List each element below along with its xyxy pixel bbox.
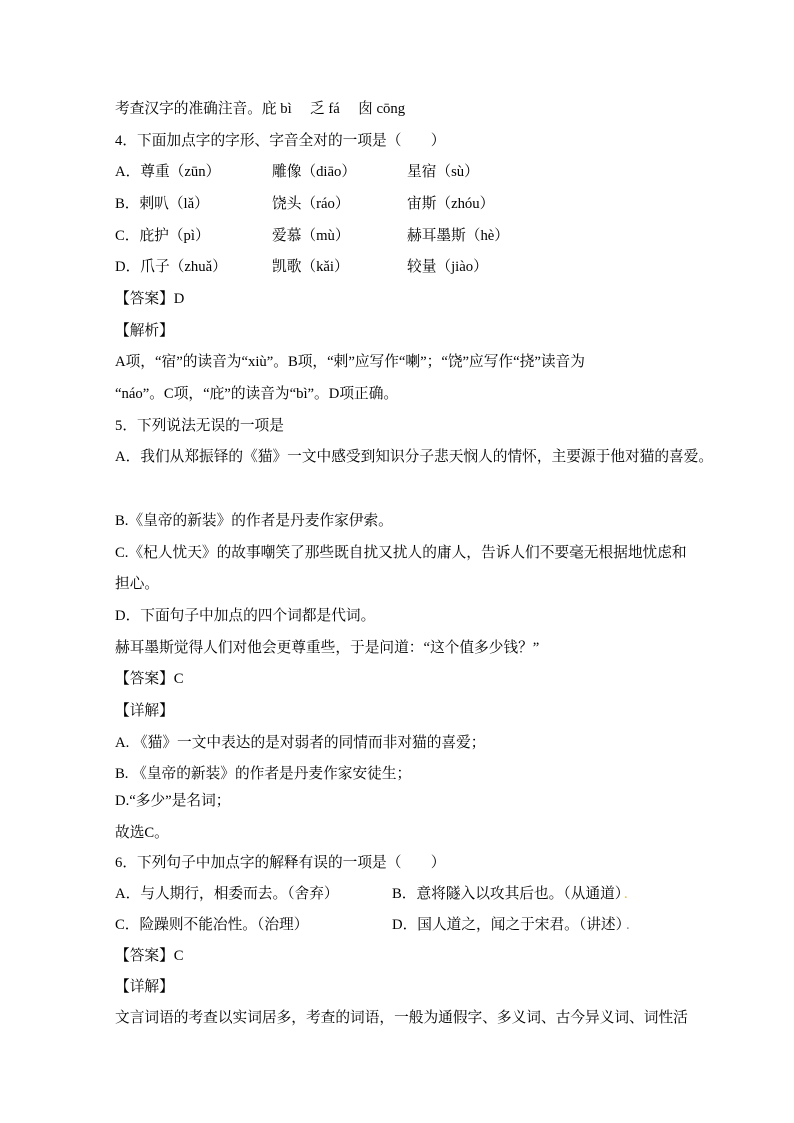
q4-option-d-text: 凯歌（kǎi） [272, 259, 349, 276]
q4-analysis-label-text: 【解析】 [115, 323, 174, 340]
q4-analysis-line2-text: “náo”。C项，“庇”的读音为“bì”。D项正确。 [115, 386, 398, 403]
q4-option-b: B．剌叭（lǎ）饶头（ráo）宙斯（zhóu） [0, 196, 794, 216]
q5-stem-text: 5．下列说法无误的一项是 [115, 418, 284, 435]
q4-option-a-text: 雕像（diāo） [272, 164, 356, 181]
q4-analysis-line1: A项，“宿”的读音为“xiù”。B项，“剌”应写作“喇”；“饶”应写作“挠”读音… [0, 354, 794, 374]
q5-option-b: B.《皇帝的新装》的作者是丹麦作家伊索。 [0, 513, 794, 533]
q4-option-d-text: 较量（jiào） [407, 259, 488, 276]
document-content: 考查汉字的准确注音。庇 bì 乏 fá 囱 cōng4．下面加点字的字形、字音全… [0, 0, 794, 1123]
q4-option-c-text: C．庇护（pì） [115, 228, 210, 245]
q4-answer-text: 【答案】D [115, 291, 184, 308]
q5-detail-a: A. 《猫》一文中表达的是对弱者的同情而非对猫的喜爱； [0, 735, 794, 755]
q5-option-c-line2: 担心。 [0, 576, 794, 596]
q6-answer-text: 【答案】C [115, 948, 184, 965]
q4-stem: 4．下面加点字的字形、字音全对的一项是（ ） [0, 133, 794, 153]
q4-answer: 【答案】D [0, 291, 794, 311]
q5-option-a-text: A．我们从郑振铎的《猫》一文中感受到知识分子悲天悯人的情怀，主要源于他对猫的喜爱… [115, 449, 713, 466]
q6-detail-line1: 文言词语的考查以实词居多，考查的词语，一般为通假字、多义词、古今异义词、词性活 [0, 1010, 794, 1030]
q6-options-ab-text: B．意将隧入以攻其后也。（从通道） [392, 886, 629, 903]
q6-options-cd-text: C．险躁则不能冶性。（治理） [115, 917, 308, 934]
q5-option-c-line2-text: 担心。 [115, 576, 159, 593]
q4-analysis-label: 【解析】 [0, 323, 794, 343]
q5-detail-d-text: D.“多少”是名词； [115, 793, 230, 810]
q5-detail-d: D.“多少”是名词； [0, 793, 794, 813]
q5-option-a: A．我们从郑振铎的《猫》一文中感受到知识分子悲天悯人的情怀，主要源于他对猫的喜爱… [0, 449, 794, 469]
q4-option-c: C．庇护（pì）爱慕（mù）赫耳墨斯（hè） [0, 228, 794, 248]
q6-answer: 【答案】C [0, 948, 794, 968]
q5-option-d-example-text: 赫耳墨斯觉得人们对他会更尊重些，于是问道：“这个值多少钱？” [115, 640, 539, 657]
q5-option-b-text: B.《皇帝的新装》的作者是丹麦作家伊索。 [115, 513, 393, 530]
q4-option-d: D．爪子（zhuǎ）凯歌（kǎi）较量（jiào） [0, 259, 794, 279]
q4-option-c-text: 爱慕（mù） [272, 228, 350, 245]
intro-pinyin-note: 考查汉字的准确注音。庇 bì 乏 fá 囱 cōng [0, 101, 794, 121]
q4-analysis-line1-text: A项，“宿”的读音为“xiù”。B项，“剌”应写作“喇”；“饶”应写作“挠”读音… [115, 354, 585, 371]
q5-conclusion: 故选C。 [0, 825, 794, 845]
q6-options-cd: C．险躁则不能冶性。（治理）D．国人道之，闻之于宋君。（讲述）. [0, 917, 794, 937]
q6-options-cd-text: D．国人道之，闻之于宋君。（讲述） [392, 917, 630, 934]
document-page: 考查汉字的准确注音。庇 bì 乏 fá 囱 cōng4．下面加点字的字形、字音全… [0, 0, 794, 1123]
q6-options-cd-text: . [626, 917, 630, 934]
q4-option-c-text: 赫耳墨斯（hè） [407, 228, 509, 245]
q4-option-d-text: D．爪子（zhuǎ） [115, 259, 227, 276]
q6-stem-text: 6．下列句子中加点字的解释有误的一项是（ ） [115, 855, 445, 872]
q4-option-a-text: 星宿（sù） [407, 164, 479, 181]
q6-detail-line1-text: 文言词语的考查以实词居多，考查的词语，一般为通假字、多义词、古今异义词、词性活 [115, 1010, 688, 1027]
q5-detail-a-text: A. 《猫》一文中表达的是对弱者的同情而非对猫的喜爱； [115, 735, 485, 752]
intro-pinyin-note-text: 考查汉字的准确注音。庇 bì 乏 fá 囱 cōng [115, 101, 405, 118]
q6-options-ab-text: A．与人期行，相委而去。（舍弃） [115, 886, 339, 903]
q5-option-c-line1: C.《杞人忧天》的故事嘲笑了那些既自扰又扰人的庸人，告诉人们不要毫无根据地忧虑和 [0, 545, 794, 565]
q6-options-ab-text: . [624, 886, 628, 903]
q5-stem: 5．下列说法无误的一项是 [0, 418, 794, 438]
q5-answer: 【答案】C [0, 671, 794, 691]
q5-detail-b: B. 《皇帝的新装》的作者是丹麦作家安徒生； [0, 766, 794, 786]
q4-option-a: A．尊重（zūn）雕像（diāo）星宿（sù） [0, 164, 794, 184]
q6-detail-label-text: 【详解】 [115, 979, 174, 996]
q5-option-d-text: D．下面句子中加点的四个词都是代词。 [115, 608, 375, 625]
q4-analysis-line2: “náo”。C项，“庇”的读音为“bì”。D项正确。 [0, 386, 794, 406]
q4-option-a-text: A．尊重（zūn） [115, 164, 220, 181]
q6-options-ab: A．与人期行，相委而去。（舍弃）B．意将隧入以攻其后也。（从通道）. [0, 886, 794, 906]
q4-stem-text: 4．下面加点字的字形、字音全对的一项是（ ） [115, 133, 445, 150]
q5-conclusion-text: 故选C。 [115, 825, 169, 842]
q4-option-b-text: 宙斯（zhóu） [407, 196, 494, 213]
q5-option-d: D．下面句子中加点的四个词都是代词。 [0, 608, 794, 628]
q5-option-c-line1-text: C.《杞人忧天》的故事嘲笑了那些既自扰又扰人的庸人，告诉人们不要毫无根据地忧虑和 [115, 545, 687, 562]
q5-answer-text: 【答案】C [115, 671, 184, 688]
q6-detail-label: 【详解】 [0, 979, 794, 999]
q4-option-b-text: B．剌叭（lǎ） [115, 196, 209, 213]
q6-stem: 6．下列句子中加点字的解释有误的一项是（ ） [0, 855, 794, 875]
q5-detail-label: 【详解】 [0, 703, 794, 723]
q5-detail-b-text: B. 《皇帝的新装》的作者是丹麦作家安徒生； [115, 766, 411, 783]
q5-option-d-example: 赫耳墨斯觉得人们对他会更尊重些，于是问道：“这个值多少钱？” [0, 640, 794, 660]
q5-detail-label-text: 【详解】 [115, 703, 174, 720]
q4-option-b-text: 饶头（ráo） [272, 196, 350, 213]
